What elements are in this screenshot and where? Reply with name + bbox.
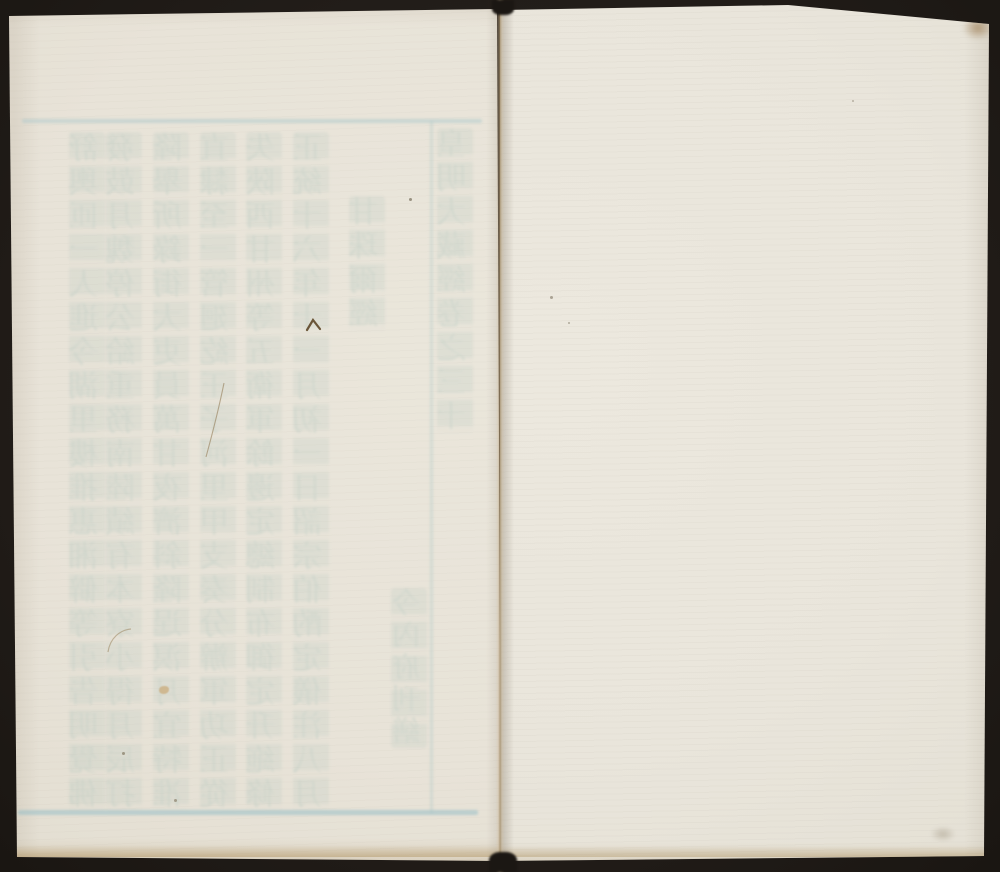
ghost-body-column: 正統十六年十一月初一日詔宗伯酌定儀注八月 [293, 132, 329, 812]
corner-stain [962, 16, 994, 40]
fold-notch-bottom [489, 852, 517, 872]
fold-crease-line [499, 6, 501, 862]
ghost-lower-column: 今內府刊繕 [391, 588, 427, 748]
page-edge-tint [10, 845, 500, 857]
ghost-short-column: 甘珠爾經 [349, 196, 385, 332]
dust-speck [550, 296, 553, 299]
hair-curl-mark [104, 624, 134, 656]
dust-speck [852, 100, 854, 102]
ghost-body-column: 隆舉所錄街大吏員萬甘夜濟斜隆逞溟月宜特准 [153, 132, 189, 812]
dust-speck [122, 752, 125, 755]
scan-background: 皇明大藏經卷之三十 甘珠爾經 今內府刊繕 正統十六年十一月初一日詔宗伯酌定儀注八… [0, 0, 1000, 872]
ghost-body-column: 舒輿匝一人進今湖里樓推惠湘僻等引告明覺佛 [69, 132, 105, 812]
edge-smudge [930, 826, 956, 842]
dust-speck [568, 322, 570, 324]
page-edge-tint [500, 846, 988, 857]
dust-speck [174, 799, 177, 802]
ghost-body-column: 發鼓月魏停公給重務南陸績有本寮小得月辰打 [106, 132, 142, 812]
caret-speck-mark [305, 318, 323, 332]
ghost-column-rule [430, 121, 433, 813]
fold-notch-top [492, 0, 514, 15]
dust-speck [409, 198, 412, 201]
hair-scratch-mark [200, 380, 230, 460]
ghost-frame-line-top [22, 119, 482, 123]
ghost-body-column: 失陝西甘州等五衛軍餘邊定總制布御定升絁條 [246, 132, 282, 812]
ghost-title-column: 皇明大藏經卷之三十 [437, 128, 473, 434]
ghost-body-column: 直隸至一管廻紇王子河里甲支奏分辦軍功正從 [200, 132, 236, 812]
